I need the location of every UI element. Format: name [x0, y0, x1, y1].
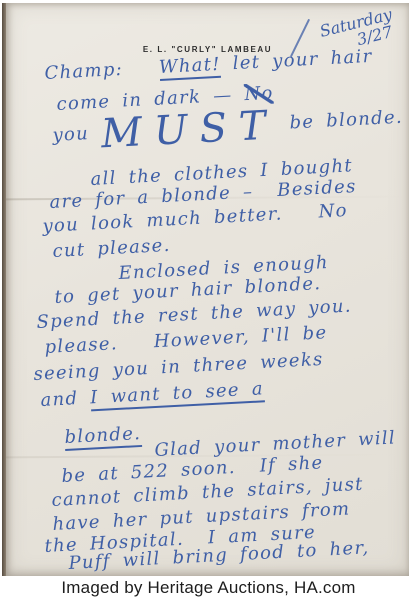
handwritten-line: cut please. [52, 235, 171, 262]
handwriting-segment: and [40, 387, 91, 411]
handwritten-line: Champ: What! let your hair [44, 46, 373, 84]
handwriting-segment: let your hair [220, 46, 373, 75]
handwritten-line: you MUST be blonde. [52, 107, 403, 146]
handwriting-segment: blonde. [64, 423, 142, 451]
letter-paper: E. L. "CURLY" LAMBEAU Saturday 3/27 Cham… [6, 3, 409, 576]
handwritten-line: and I want to see a [40, 378, 264, 411]
handwriting-segment: be blonde. [277, 107, 403, 135]
watermark-caption: Imaged by Heritage Auctions, HA.com [0, 576, 417, 600]
handwriting-segment: What! [158, 54, 221, 81]
handwriting-segment: MUST [100, 102, 279, 157]
handwriting-segment: Champ: [44, 57, 160, 84]
handwriting-segment: cut please. [52, 235, 171, 262]
scan-page: E. L. "CURLY" LAMBEAU Saturday 3/27 Cham… [0, 0, 417, 600]
handwritten-line: blonde. [64, 423, 142, 448]
handwriting-segment: I want to see a [90, 378, 265, 411]
letter-lines: Champ: What! let your haircome in dark —… [6, 3, 409, 576]
handwriting-segment: you [52, 122, 102, 146]
